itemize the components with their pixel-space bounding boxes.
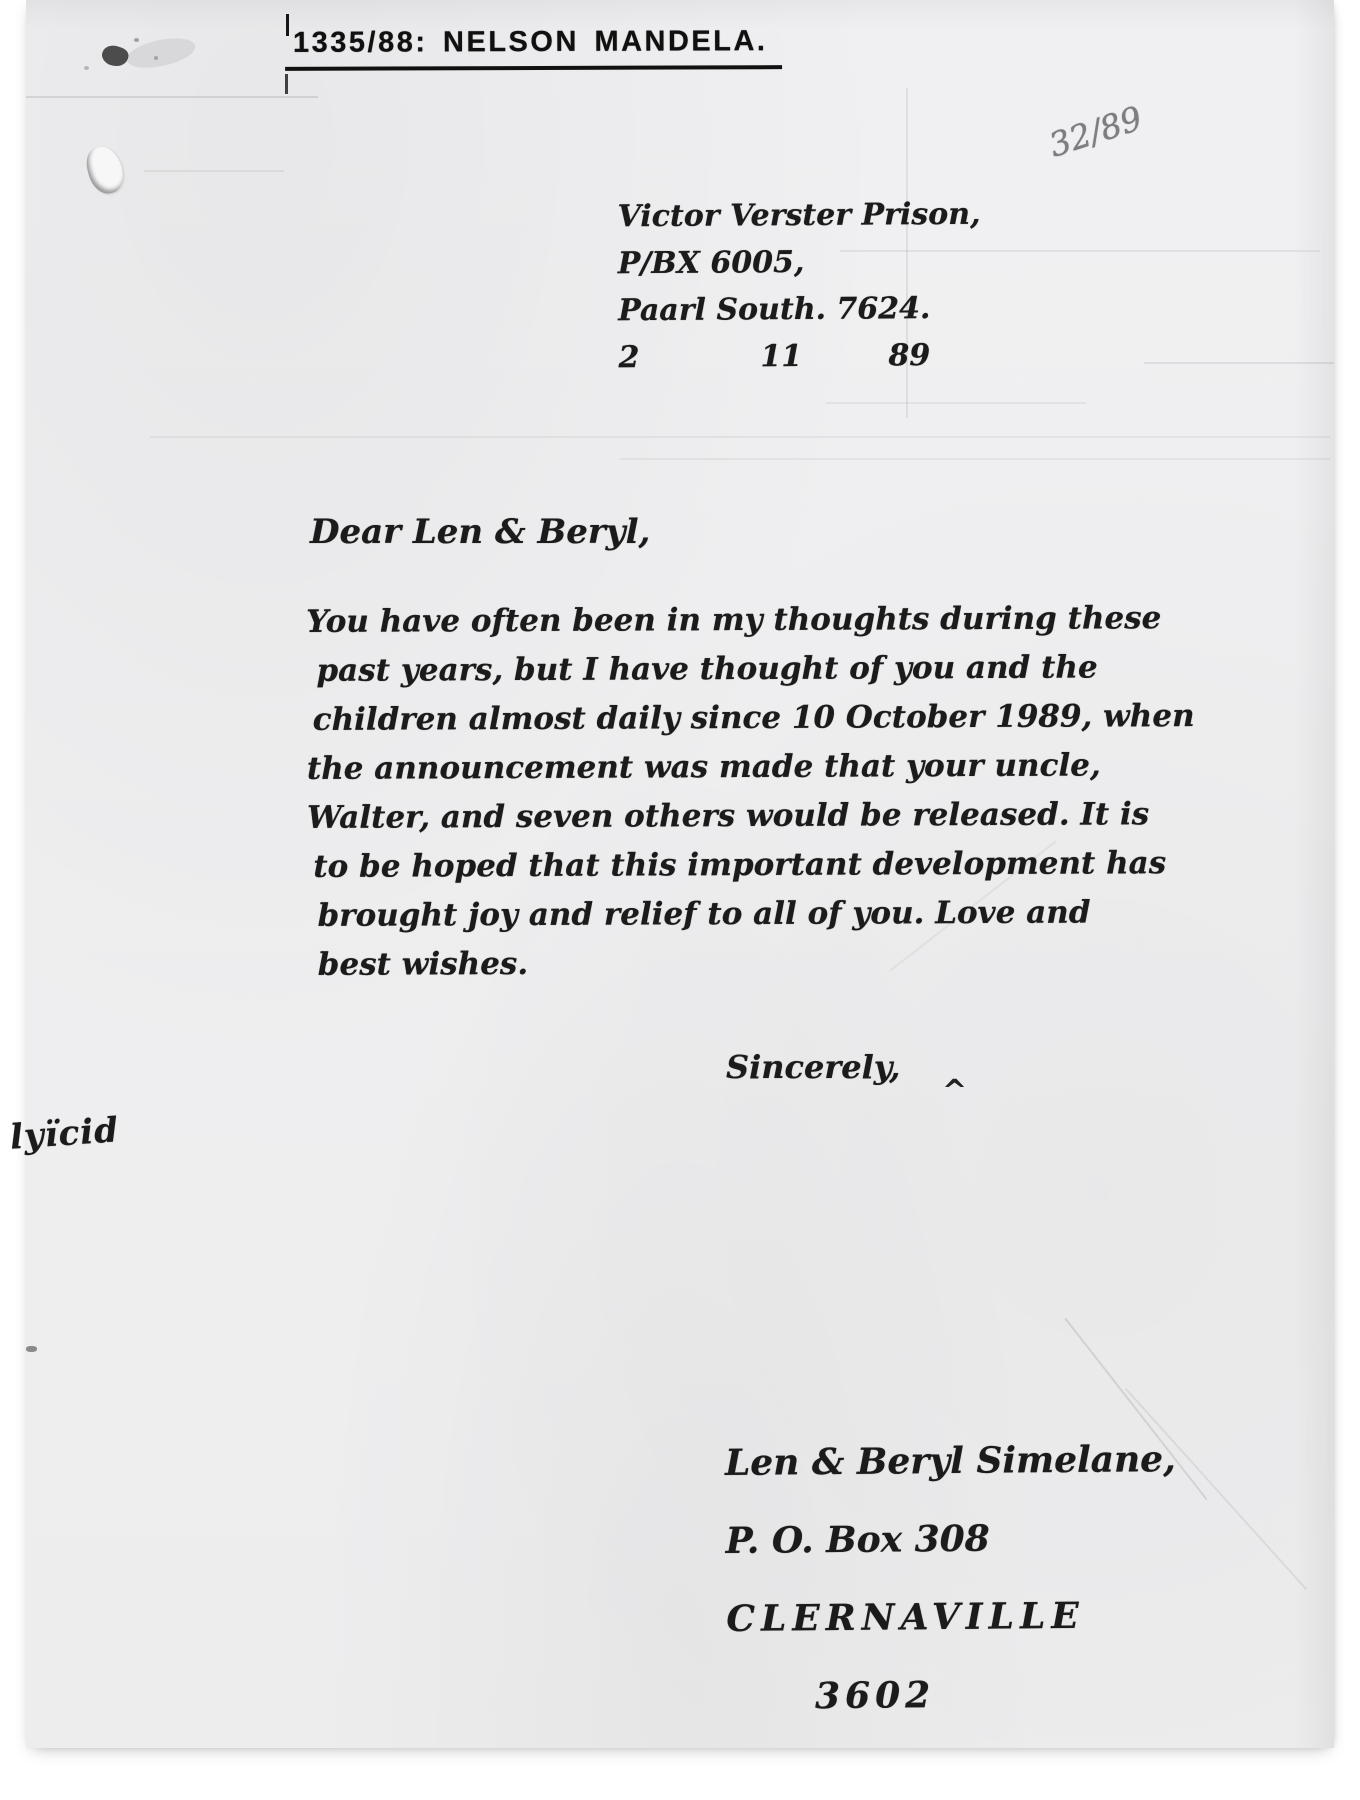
body-line: the announcement was made that your uncl… (307, 741, 1195, 794)
scanned-letter-page: { "document": { "header": { "case_title"… (0, 0, 1360, 1800)
caret-mark: ^ (942, 1074, 967, 1109)
body-line: Walter, and seven others would be releas… (307, 790, 1195, 843)
ink-speck (154, 56, 158, 60)
sender-address-line: P/BX 6005, (618, 238, 981, 288)
scan-artifact-line (826, 402, 1086, 404)
body-line: to be hoped that this important developm… (313, 839, 1195, 892)
date-month: 11 (760, 332, 888, 380)
pencil-filing-number: 32/89 (1044, 98, 1147, 164)
letter-body: You have often been in my thoughts durin… (306, 594, 1196, 990)
sender-address-block: Victor Verster Prison, P/BX 6005, Paarl … (617, 191, 981, 382)
date-year: 89 (888, 332, 930, 379)
ink-speck (84, 66, 89, 70)
ink-stain (100, 42, 131, 69)
body-line: children almost daily since 10 October 1… (313, 692, 1195, 745)
salutation: Dear Len & Beryl, (310, 512, 650, 552)
recipient-address-line: P. O. Box 308 (725, 1498, 1176, 1580)
scan-artifact-line (1144, 362, 1334, 364)
body-line: best wishes. (318, 937, 1196, 990)
recipient-address-block: Len & Beryl Simelane, P. O. Box 308 CLER… (725, 1420, 1178, 1736)
recipient-address-line: Len & Beryl Simelane, (725, 1420, 1176, 1502)
body-line: You have often been in my thoughts durin… (306, 594, 1194, 647)
pen-tick-mark (286, 14, 289, 36)
body-line: past years, but I have thought of you an… (316, 643, 1194, 696)
body-line: brought joy and relief to all of you. Lo… (317, 888, 1195, 941)
scan-artifact-line (150, 436, 1330, 438)
case-header-title: 1335/88: NELSON MANDELA. (285, 25, 782, 71)
date-line: 2 11 89 (618, 332, 981, 382)
ink-speck (134, 38, 139, 42)
pen-tick-mark (285, 74, 288, 94)
edge-ink-mark (26, 1346, 37, 1352)
date-day: 2 (618, 333, 760, 381)
closing-word: Sincerely, (726, 1048, 900, 1086)
scan-artifact-line (906, 88, 908, 418)
sender-address-line: Victor Verster Prison, (617, 191, 980, 241)
recipient-address-line: CLERNAVILLE (726, 1576, 1177, 1658)
letter-paper: 1335/88: NELSON MANDELA. 32/89 Victor Ve… (26, 0, 1334, 1748)
scan-artifact-line (144, 170, 284, 172)
sender-address-line: Paarl South. 7624. (618, 285, 981, 335)
scan-artifact-line (620, 458, 1330, 460)
recipient-postal-code: 3602 (815, 1654, 1178, 1735)
paper-tear (83, 143, 128, 198)
scan-artifact-line (840, 250, 1320, 252)
margin-scribble: lyïcid (9, 1110, 121, 1158)
scan-artifact-line (26, 96, 318, 98)
